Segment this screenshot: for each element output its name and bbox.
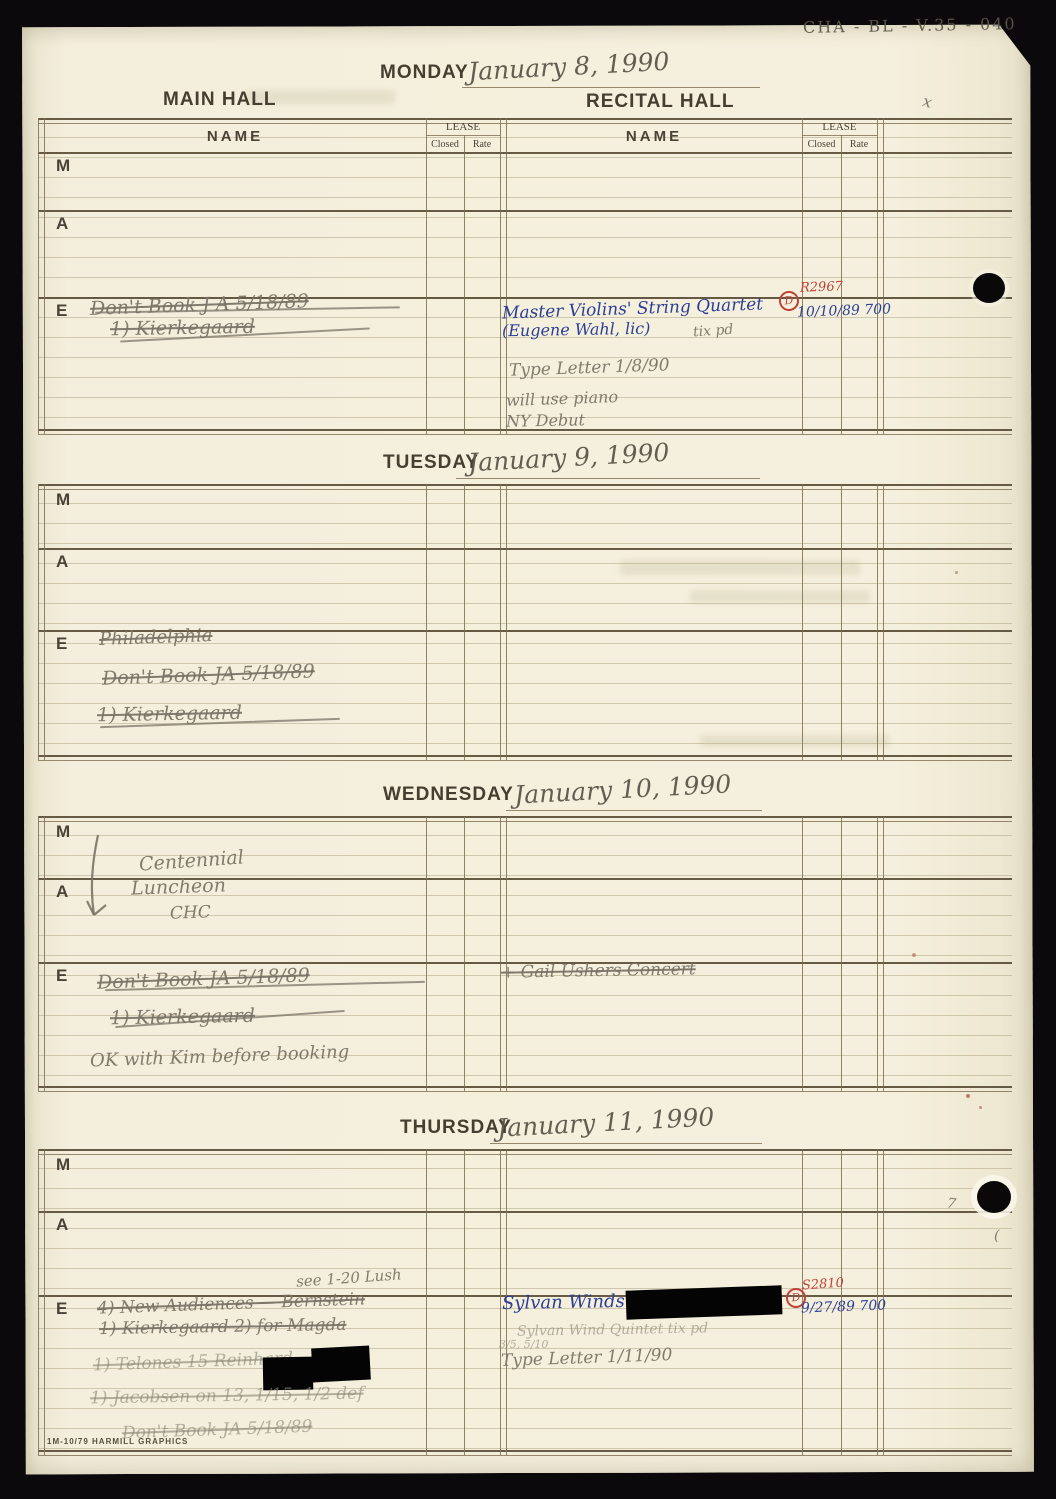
row-label-morning: M: [56, 156, 70, 176]
lease-header-main: LEASE: [426, 121, 500, 133]
date-underline: [456, 478, 760, 479]
date-underline: [462, 87, 760, 88]
row-label-afternoon: A: [56, 552, 68, 572]
table-line: [38, 118, 1012, 120]
name-header-main: NAME: [44, 128, 426, 145]
table-line: [426, 484, 427, 760]
redaction-box: [311, 1346, 371, 1383]
ruled-lines-monday: [38, 118, 1012, 434]
entry-monday-recital-artist2: (Eugene Wahl, lic): [502, 319, 651, 341]
table-line: [44, 816, 45, 1091]
table-line: [44, 118, 45, 434]
table-line: [38, 1149, 39, 1455]
table-line: [38, 484, 1012, 486]
hole-punch-top: [973, 273, 1005, 303]
table-line: [500, 118, 501, 434]
table-line: [38, 760, 1012, 761]
margin-mark: (: [994, 1228, 999, 1244]
table-line: [464, 135, 465, 434]
table-line: [841, 816, 842, 1091]
row-label-morning: M: [56, 1155, 70, 1175]
note-monday-recital-3: NY Debut: [506, 410, 585, 430]
row-label-evening: E: [56, 966, 67, 986]
afternoon-divider: [38, 548, 1012, 550]
table-line: [38, 816, 1012, 818]
main-hall-label: MAIN HALL: [163, 89, 276, 111]
table-line: [38, 1154, 1012, 1155]
arrow-mark: [84, 833, 114, 931]
recital-hall-label: RECITAL HALL: [586, 91, 735, 113]
printer-credit: 1M-10/79 HARMILL GRAPHICS: [47, 1437, 188, 1446]
closed-header-recital: Closed: [802, 139, 841, 150]
table-line: [883, 816, 884, 1091]
table-line: [426, 118, 427, 434]
lease-header-recital: LEASE: [802, 121, 877, 133]
note-thursday-recital-1: Sylvan Wind Quintet tix pd: [517, 1320, 708, 1339]
table-line: [883, 484, 884, 760]
table-line: [38, 1091, 1012, 1092]
table-line: [500, 484, 501, 760]
entry-monday-recital-tix: tix pd: [692, 322, 733, 341]
row-label-morning: M: [56, 822, 70, 842]
hole-punch-bottom: [977, 1181, 1011, 1213]
name-header-recital: NAME: [506, 128, 802, 145]
ink-speck: [955, 571, 958, 574]
table-line: [426, 135, 500, 136]
table-line: [38, 1086, 1012, 1088]
table-line: [38, 1450, 1012, 1452]
table-line: [802, 484, 803, 760]
table-line: [38, 118, 39, 434]
closed-header-main: Closed: [426, 139, 464, 150]
table-line: [877, 118, 878, 434]
table-line: [38, 1455, 1012, 1456]
redaction-box: [626, 1285, 783, 1319]
table-line: [500, 1149, 501, 1455]
row-label-evening: E: [56, 301, 67, 321]
table-line: [38, 755, 1012, 757]
table-line: [883, 118, 884, 434]
contract-number-monday: R2967: [800, 279, 843, 295]
entry-wednesday-recital-1: + Gail Ushers Concert: [501, 959, 696, 982]
rate-header-recital: Rate: [841, 139, 877, 150]
day-title-thursday: THURSDAY: [400, 1117, 512, 1139]
entry-tuesday-main-1: Philadelphia: [99, 625, 213, 650]
table-line: [506, 118, 507, 434]
table-line: [38, 1149, 1012, 1151]
ink-speck: [966, 1094, 970, 1098]
table-line: [877, 816, 878, 1091]
entry-wednesday-morning-3: CHC: [170, 902, 212, 923]
table-line: [802, 118, 803, 434]
entry-thursday-recital-artist: Sylvan Winds: [502, 1291, 625, 1314]
note-monday-recital-2: will use piano: [506, 387, 619, 410]
row-label-afternoon: A: [56, 882, 68, 902]
scanned-booking-ledger-page: CHA - BL - V.35 - 040 x MONDAY January 8…: [0, 0, 1056, 1499]
date-underline: [506, 810, 762, 811]
table-line: [500, 816, 501, 1091]
table-line: [38, 816, 39, 1091]
contract-number-thursday: S2810: [802, 1276, 845, 1294]
table-line: [877, 484, 878, 760]
table-line: [426, 1149, 427, 1455]
header-bottom-line: [38, 152, 1012, 154]
row-label-afternoon: A: [56, 1215, 68, 1235]
day-title-tuesday: TUESDAY: [383, 452, 479, 474]
day-title-monday: MONDAY: [380, 62, 469, 84]
table-line: [38, 489, 1012, 490]
table-line: [464, 816, 465, 1091]
afternoon-divider: [38, 1211, 1012, 1213]
table-line: [38, 484, 39, 760]
table-line: [44, 484, 45, 760]
afternoon-divider: [38, 210, 1012, 212]
ink-speck: [912, 953, 916, 957]
table-line: [464, 484, 465, 760]
day-title-wednesday: WEDNESDAY: [383, 784, 514, 806]
row-label-morning: M: [56, 490, 70, 510]
ink-speck: [979, 1106, 982, 1109]
row-label-evening: E: [56, 1299, 67, 1319]
table-line: [38, 821, 1012, 822]
booked-date-monday: 10/10/89 700: [797, 301, 892, 320]
date-underline: [490, 1143, 762, 1144]
row-label-afternoon: A: [56, 214, 68, 234]
table-line: [841, 484, 842, 760]
table-line: [506, 816, 507, 1091]
table-line: [506, 484, 507, 760]
table-line: [464, 1149, 465, 1455]
table-line: [38, 434, 1012, 435]
table-line: [44, 1149, 45, 1455]
row-label-evening: E: [56, 634, 67, 654]
archive-code: CHA - BL - V.35 - 040: [803, 14, 1017, 37]
booked-date-thursday: 9/27/89 700: [801, 1298, 887, 1317]
table-line: [426, 816, 427, 1091]
table-line: [802, 135, 877, 136]
entry-wednesday-morning-2: Luncheon: [131, 874, 227, 899]
table-line: [802, 816, 803, 1091]
rate-header-main: Rate: [464, 139, 500, 150]
